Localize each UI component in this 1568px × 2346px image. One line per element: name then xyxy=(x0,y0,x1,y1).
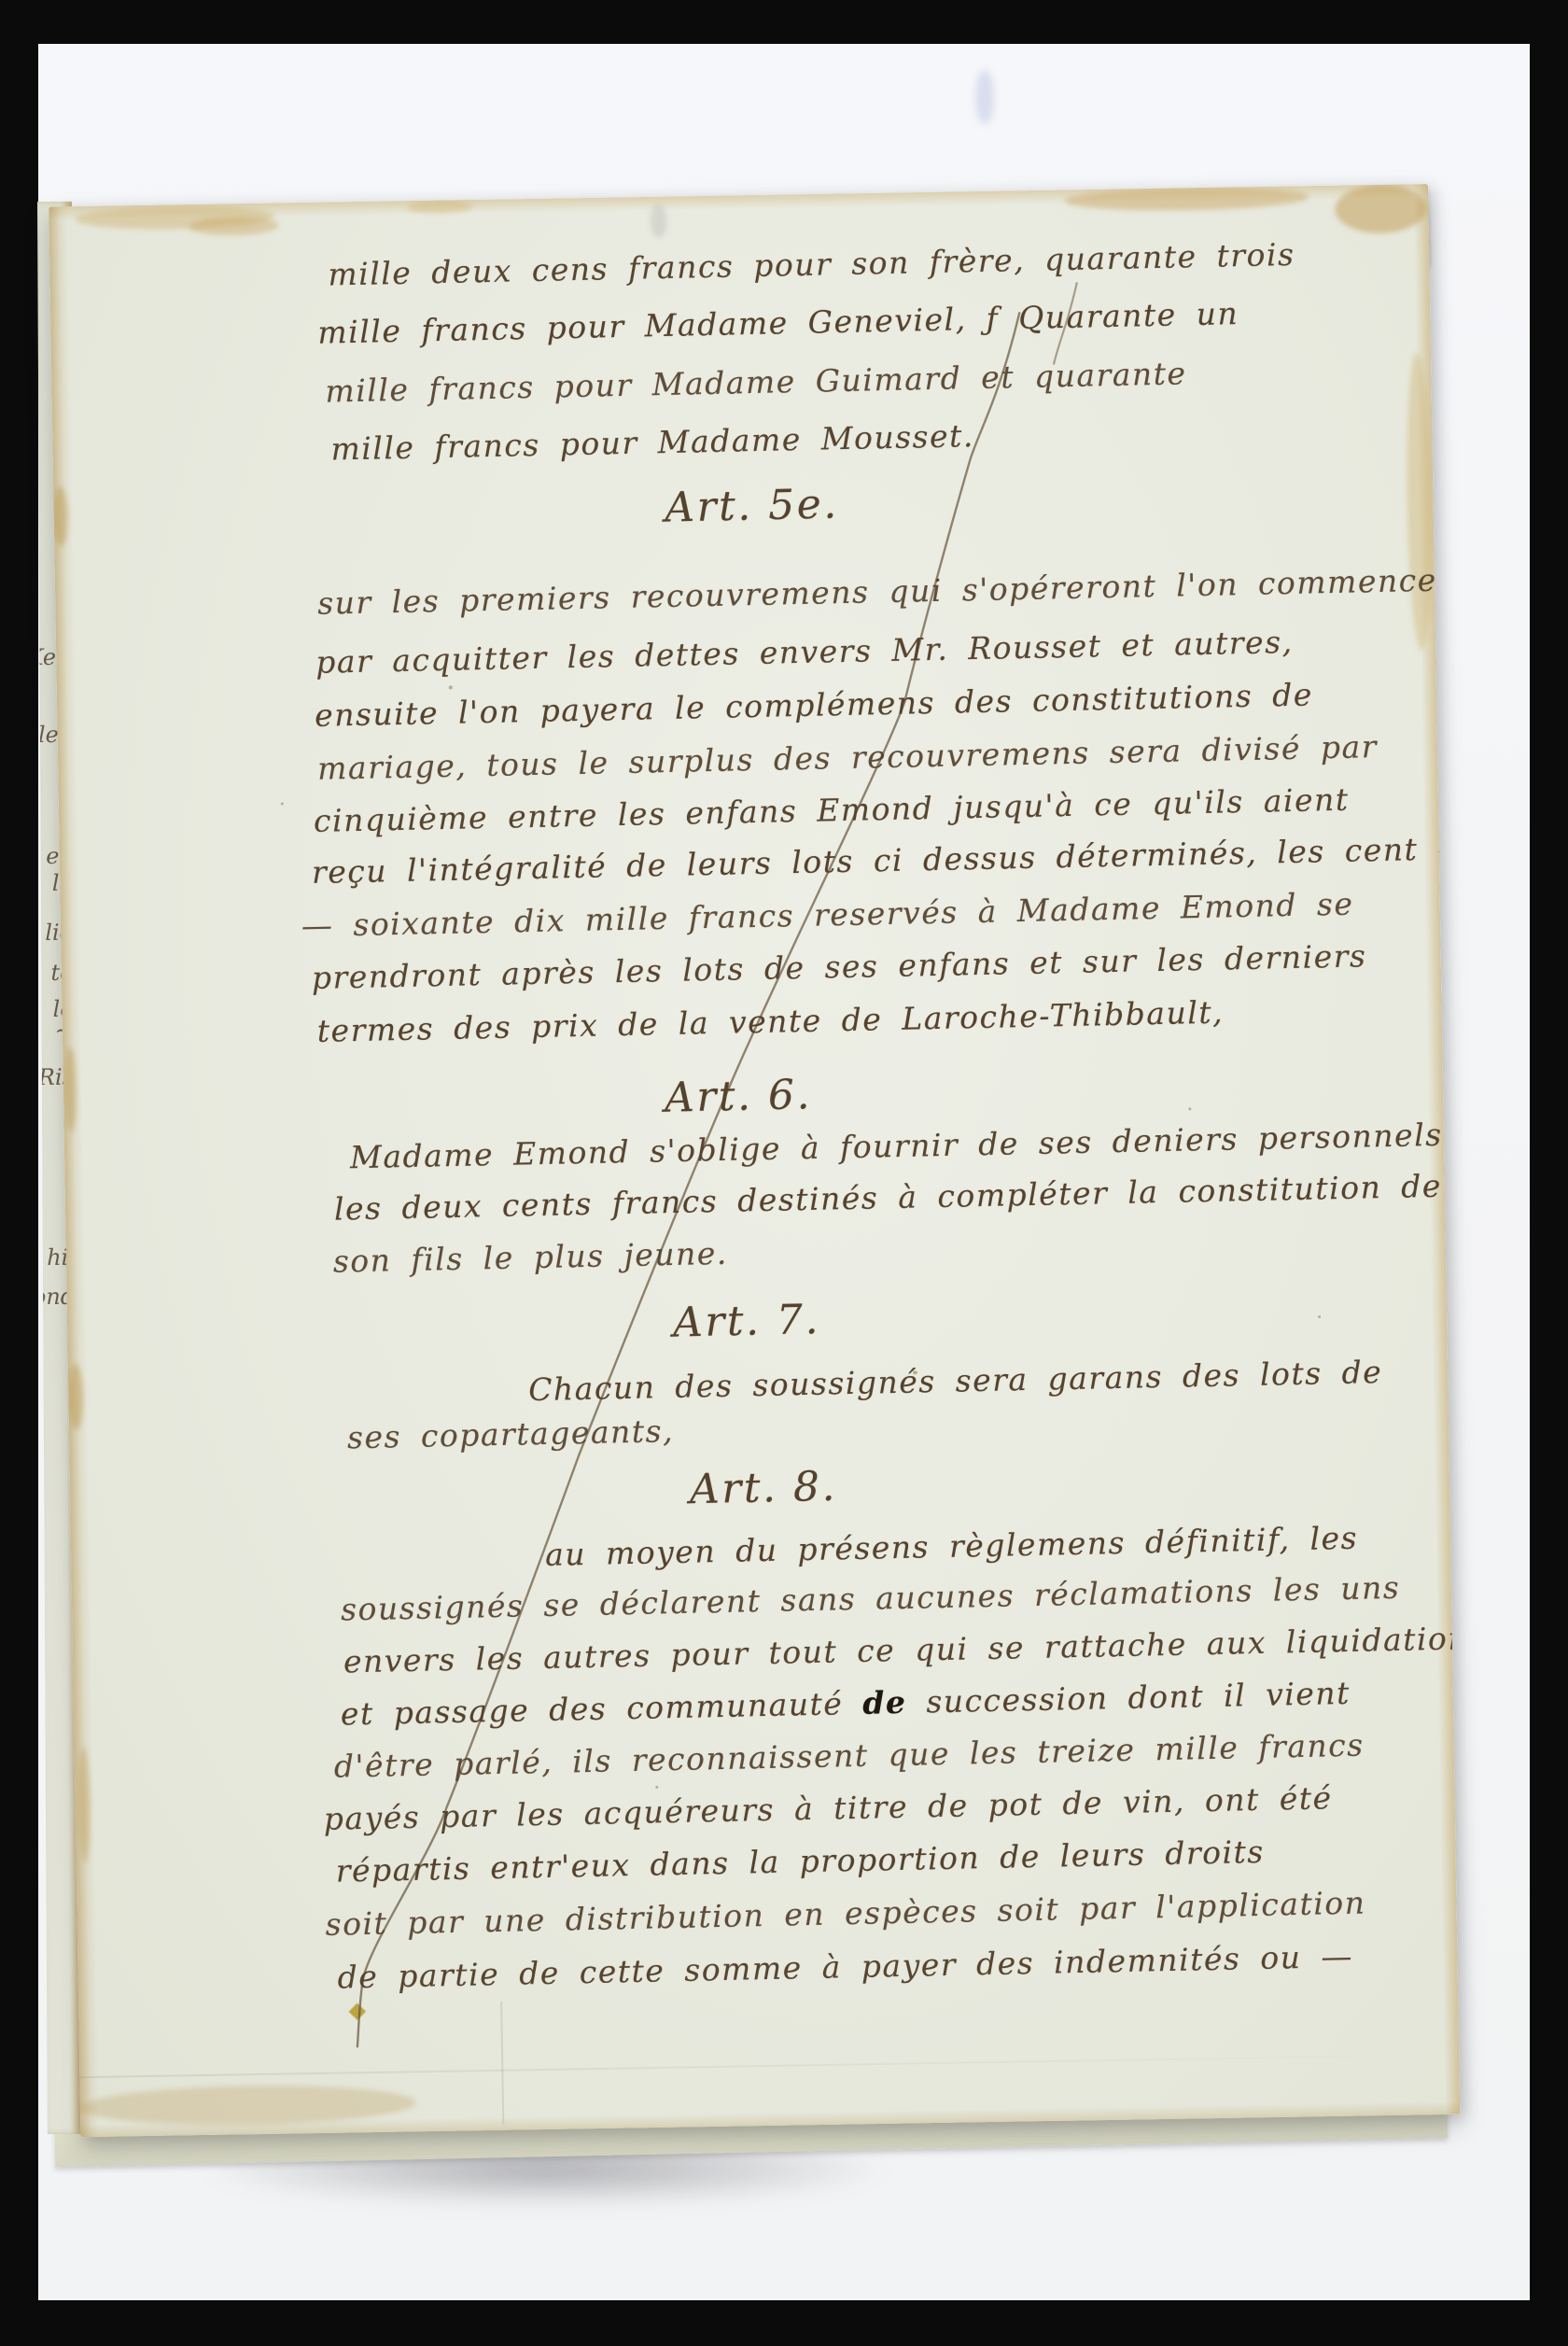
backing-smudge xyxy=(975,70,994,124)
photo-stage: ˘˘ ‒e((Ker.leeeelaliòtele~Ris)hi'ond xyxy=(0,0,1568,2346)
emphasized-word: de xyxy=(862,1684,907,1721)
manuscript-page: mille deux cens francs pour son frère, q… xyxy=(49,184,1460,2137)
article-heading: Art. 8. xyxy=(689,1463,837,1514)
article-heading: Art. 6. xyxy=(664,1071,812,1122)
article-heading: Art. 7. xyxy=(672,1296,820,1347)
article-heading: Art. 5e. xyxy=(665,480,840,531)
manuscript-line: ses copartageants, xyxy=(347,1412,675,1455)
